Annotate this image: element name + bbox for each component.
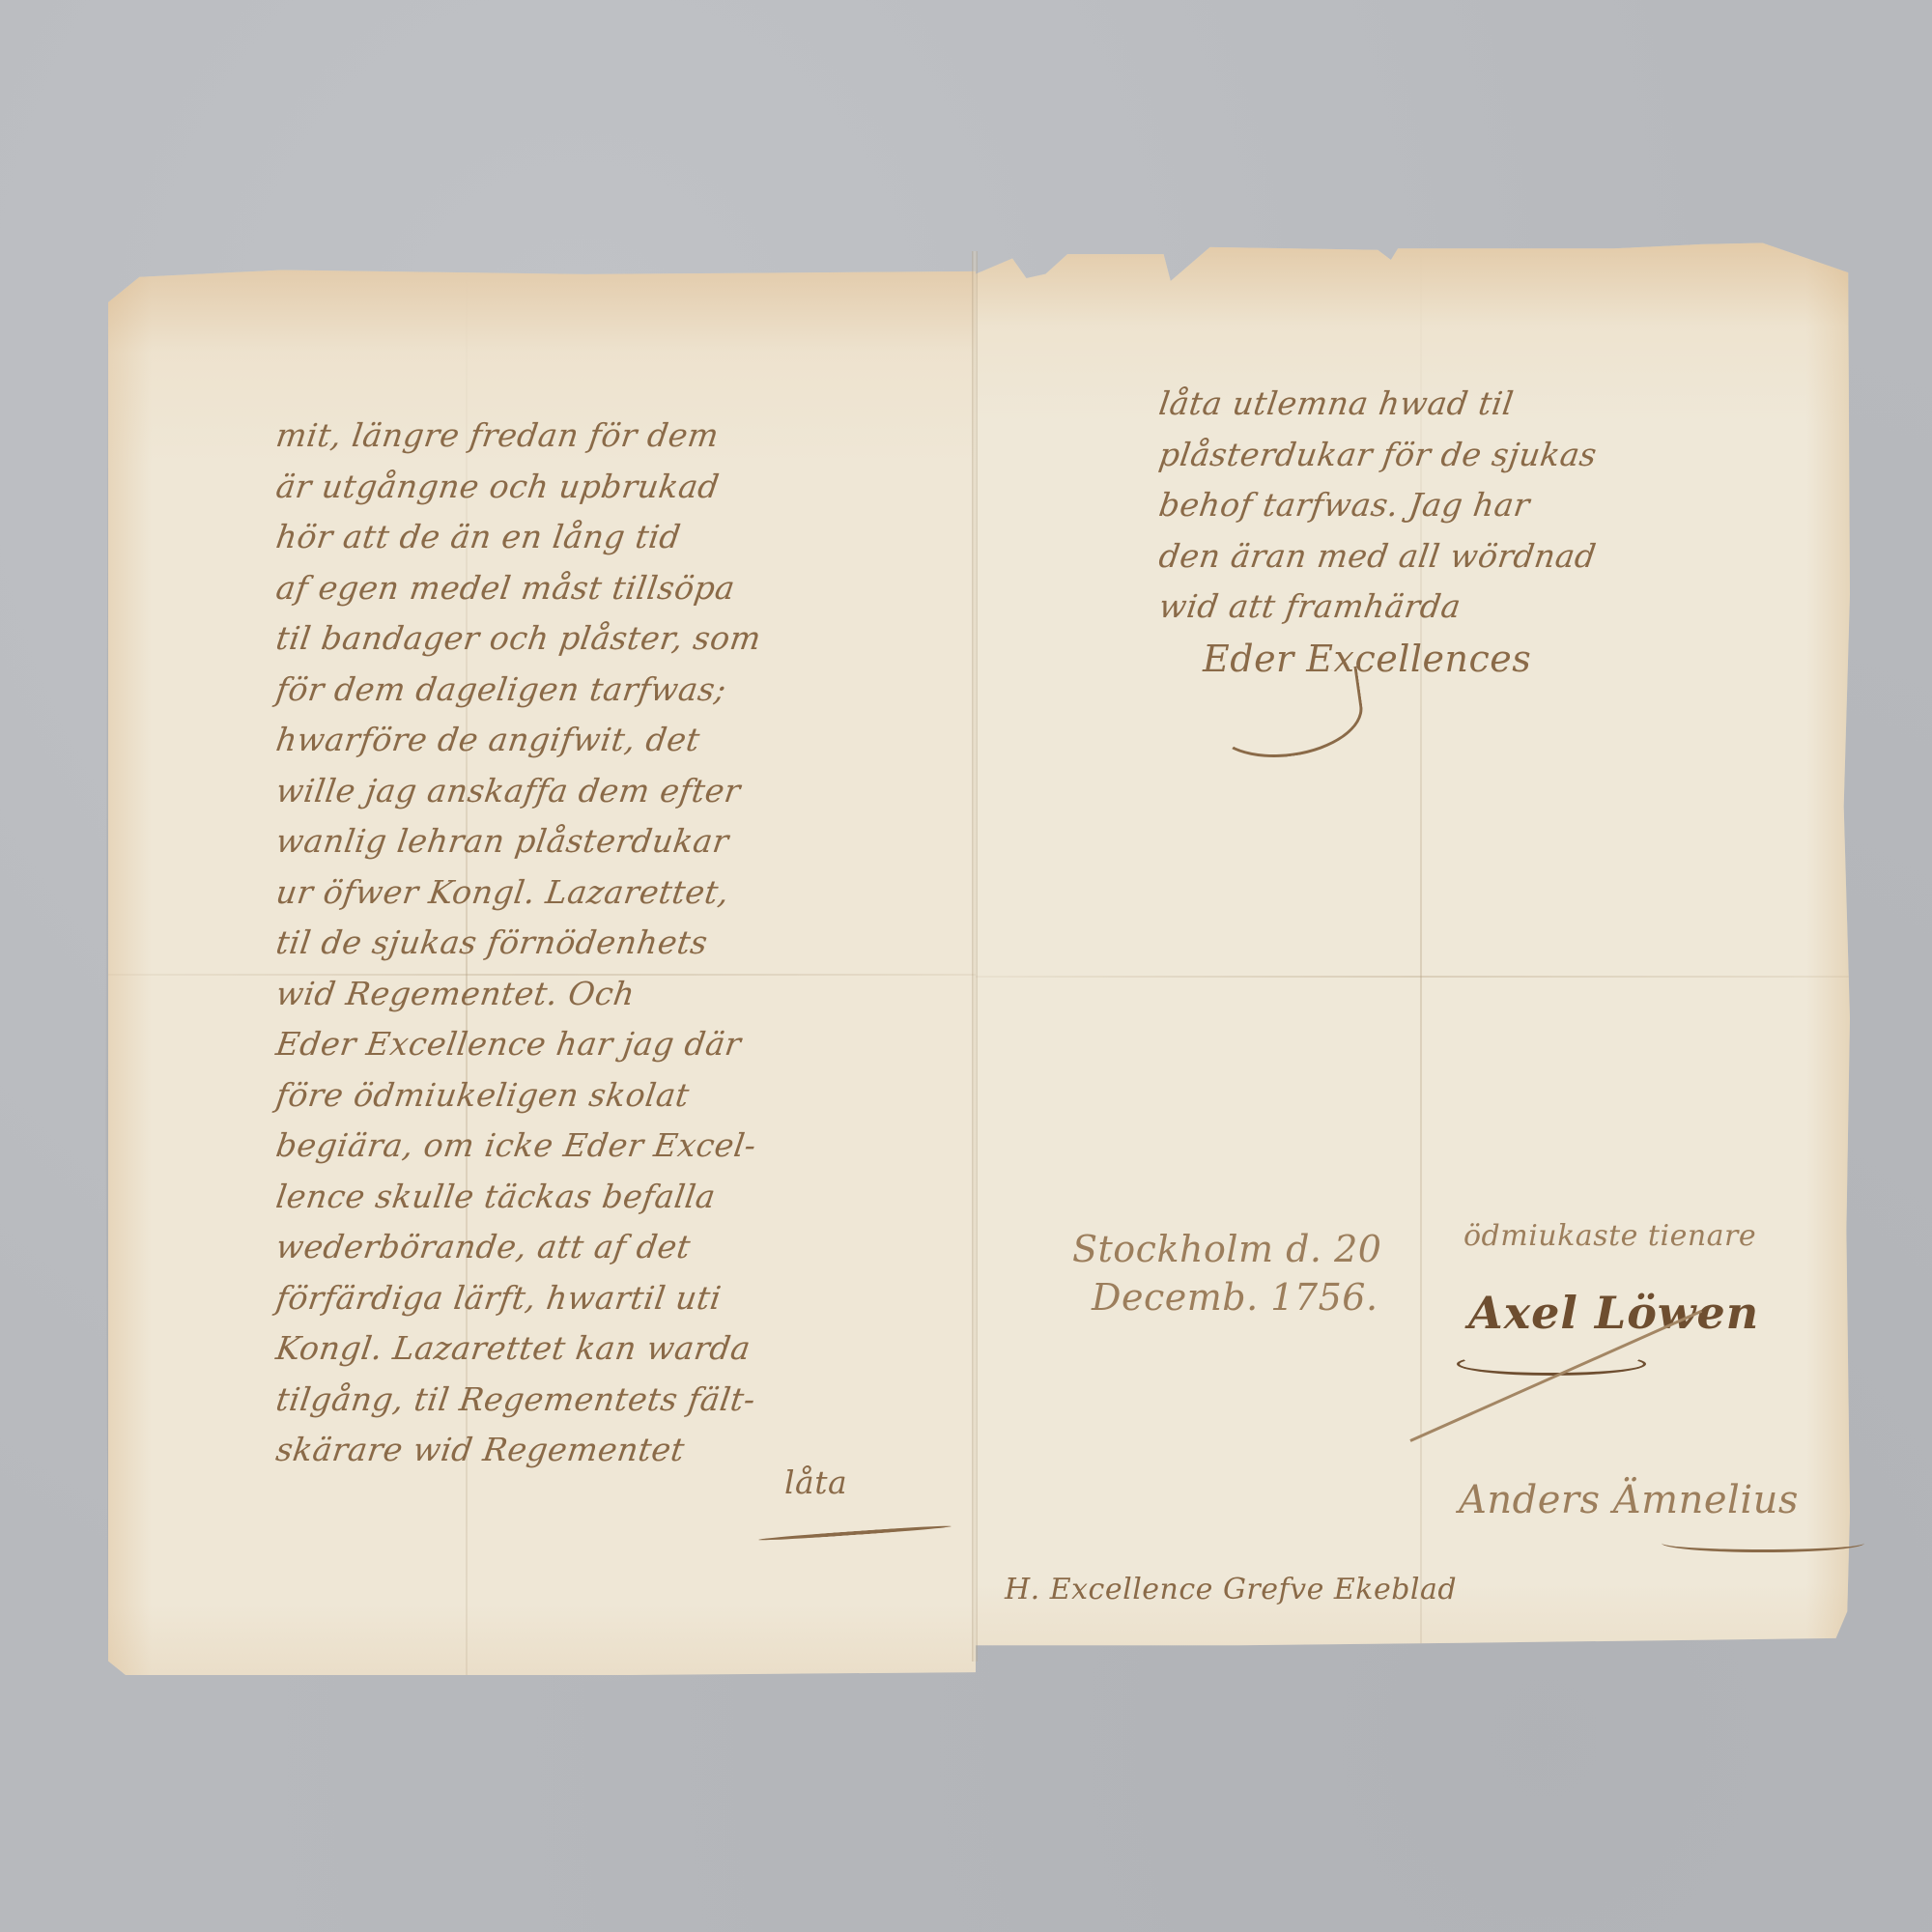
handwritten-line: Kongl. Lazarettet kan warda [272, 1323, 975, 1375]
handwritten-line: behof tarfwas. Jag har [1155, 480, 1838, 531]
handwritten-line: wille jag anskaffa dem efter [272, 766, 975, 817]
handwritten-line: wederbörande, att af det [272, 1222, 975, 1273]
handwritten-line: lence skulle täckas befalla [272, 1172, 975, 1223]
right-page-body: låta utlemna hwad til plåsterdukar för d… [1159, 379, 1835, 633]
signature-anders: Anders Ämnelius [1459, 1478, 1799, 1522]
handwritten-line: mit, längre fredan för dem [272, 411, 975, 462]
handwritten-line: före ödmiukeligen skolat [272, 1070, 975, 1122]
handwritten-line: för dem dageligen tarfwas; [272, 665, 975, 716]
place-date-line-1: Stockholm d. 20 [1072, 1228, 1381, 1270]
handwritten-line: tilgång, til Regementets fält- [272, 1375, 975, 1426]
handwritten-line: hwarföre de angifwit, det [272, 715, 975, 766]
handwritten-line: plåsterdukar för de sjukas [1155, 430, 1838, 481]
handwritten-line: af egen medel måst tillsöpa [272, 563, 975, 614]
handwritten-line: wid Regementet. Och [272, 969, 975, 1020]
handwritten-line: wanlig lehran plåsterdukar [272, 816, 975, 867]
catchword: låta [784, 1463, 847, 1501]
handwritten-line: ur öfwer Kongl. Lazarettet, [272, 867, 975, 919]
handwritten-line: Eder Excellence har jag där [272, 1019, 975, 1070]
handwritten-line: förfärdiga lärft, hwartil uti [272, 1273, 975, 1324]
photo-scene: mit, längre fredan för dem är utgångne o… [0, 0, 1932, 1932]
handwritten-line: hör att de än en lång tid [272, 512, 975, 563]
addressee-line: H. Excellence Grefve Ekeblad [1005, 1573, 1457, 1606]
handwritten-line: til de sjukas förnödenhets [272, 918, 975, 969]
handwritten-line: den äran med all wördnad [1155, 531, 1838, 582]
handwritten-line: til bandager och plåster, som [272, 613, 975, 665]
place-date-line-2: Decemb. 1756. [1072, 1273, 1381, 1321]
signature-axel: Axel Löwen [1468, 1287, 1759, 1339]
place-and-date: Stockholm d. 20 Decemb. 1756. [1072, 1225, 1381, 1321]
handwritten-line: är utgångne och upbrukad [272, 462, 975, 513]
horizontal-fold-crease [976, 976, 1850, 978]
signature-underline [1662, 1534, 1864, 1552]
left-page-body: mit, längre fredan för dem är utgångne o… [276, 411, 972, 1476]
signature-underline [1457, 1352, 1646, 1376]
handwritten-line: skärare wid Regementet [272, 1425, 975, 1476]
handwritten-line: låta utlemna hwad til [1155, 379, 1838, 430]
handwritten-line: wid att framhärda [1155, 582, 1838, 633]
closing-salutation: Eder Excellences [1203, 638, 1531, 680]
handwritten-line: begiära, om icke Eder Excel- [272, 1121, 975, 1172]
signatory-title: ödmiukaste tienare [1463, 1219, 1756, 1253]
